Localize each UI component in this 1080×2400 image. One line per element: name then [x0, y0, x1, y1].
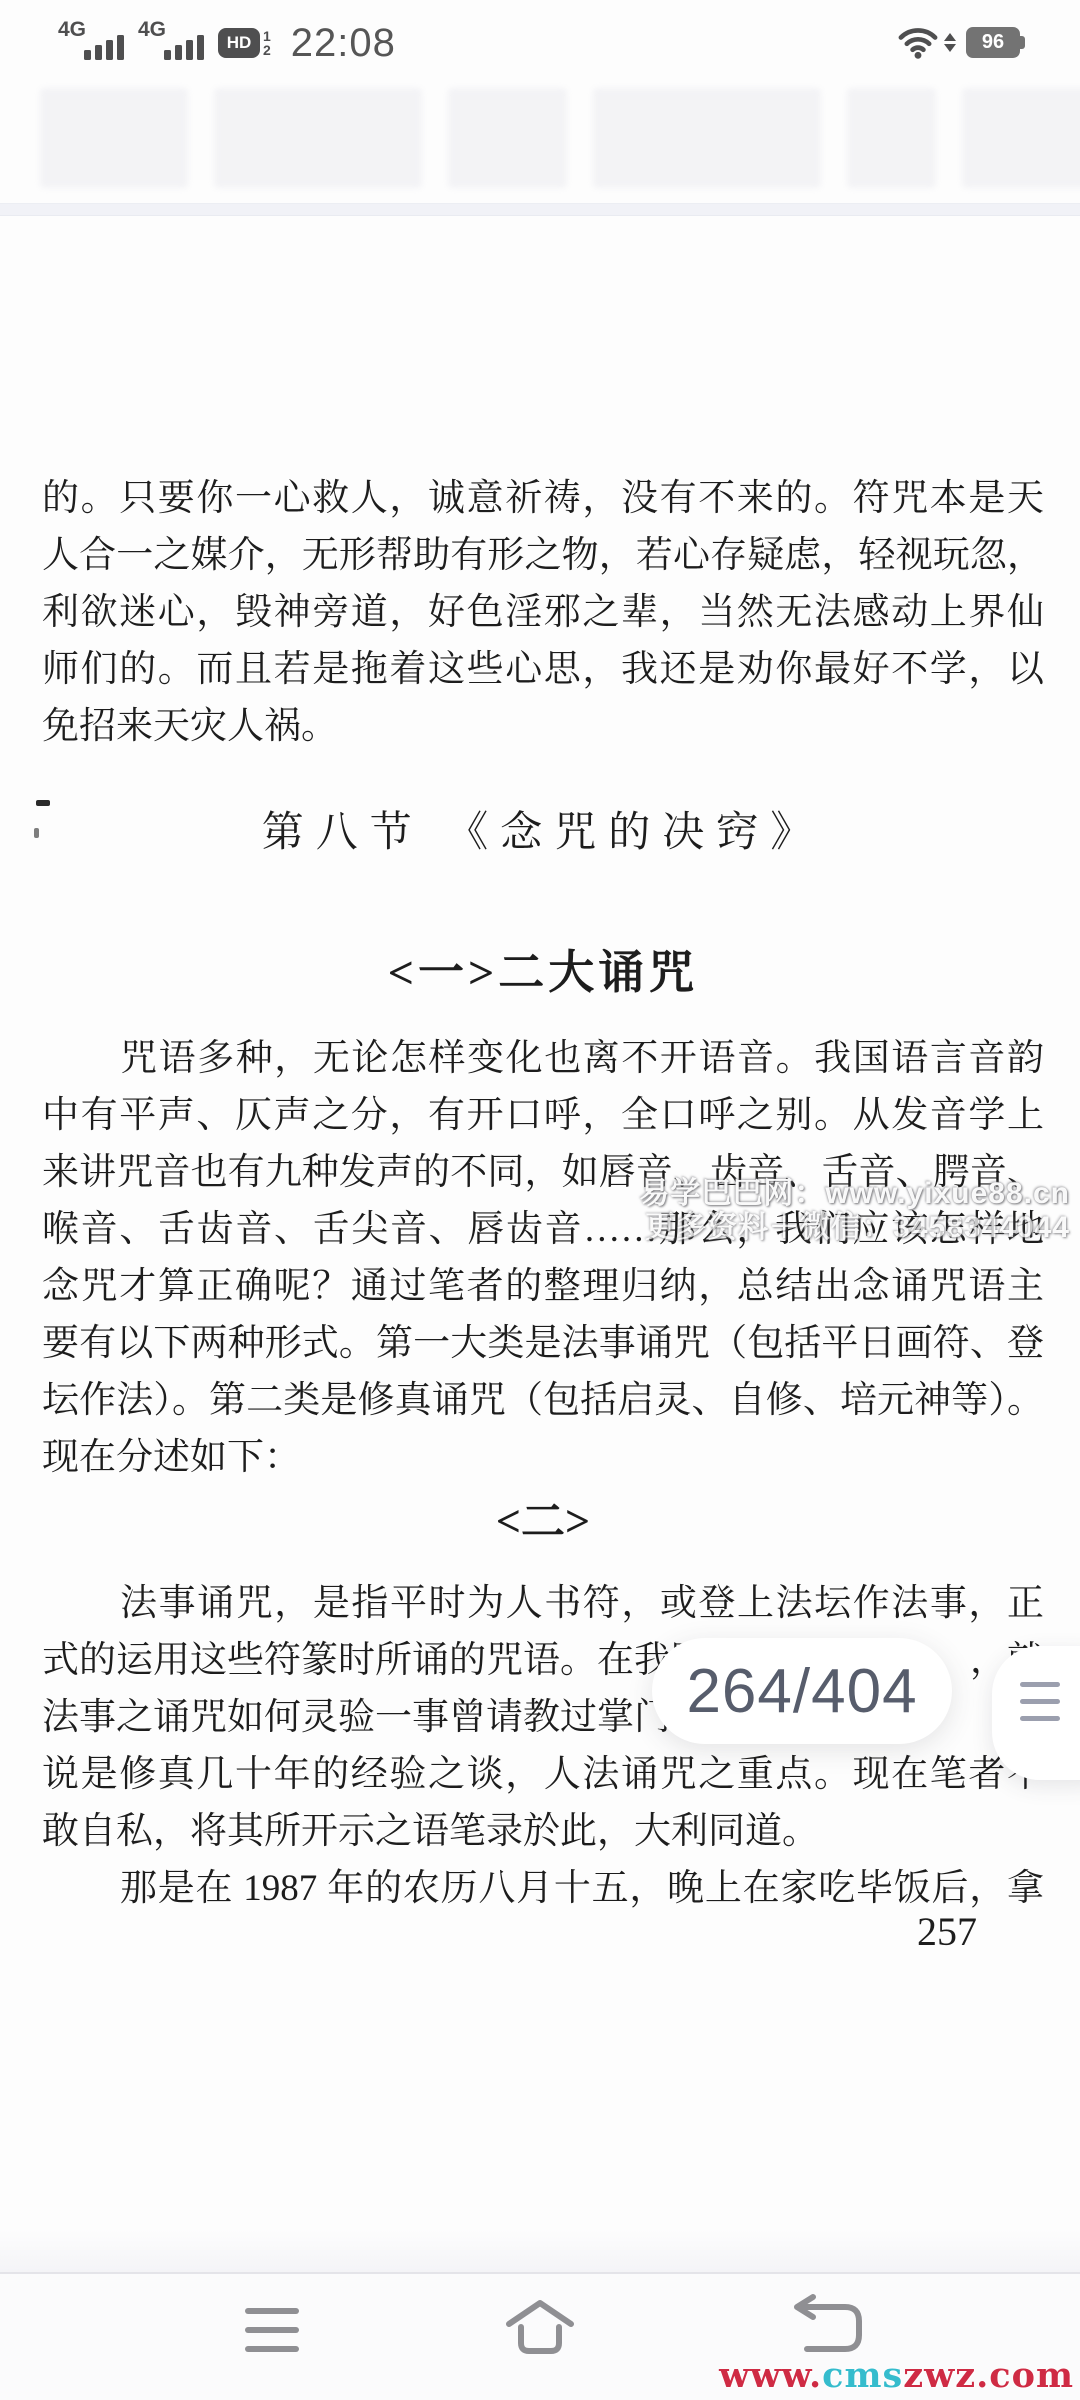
footer-watermark-part2: cms: [822, 2355, 903, 2396]
menu-icon: [245, 2308, 299, 2352]
sim1-indicator: 1: [263, 29, 271, 43]
text-segment: 式的运用这些符篆时所诵的咒语。在我刚: [42, 1632, 708, 1689]
menu-icon: [1020, 1682, 1060, 1721]
hd-badge: HD: [218, 28, 260, 58]
signal-bars-icon: [84, 35, 124, 60]
page-indicator-pill[interactable]: 264/404: [652, 1638, 952, 1744]
text-line: 利欲迷心，毁神旁道，好色淫邪之辈，当然无法感动上界仙: [42, 584, 1044, 641]
text-line: 咒语多种，无论怎样变化也离不开语音。我国语言音韵: [42, 1030, 1044, 1087]
subsection-heading-2: <二>: [42, 1493, 1044, 1551]
home-icon: [495, 2291, 585, 2357]
home-button[interactable]: [460, 2274, 620, 2374]
recents-button[interactable]: [192, 2274, 352, 2374]
text-segment: 法事之诵咒如何灵验一事曾请教过掌门: [42, 1689, 671, 1746]
wifi-icon: [896, 24, 940, 60]
text-line: 人合一之媒介，无形帮助有形之物，若心存疑虑，轻视玩忽，: [42, 527, 1044, 584]
page-indicator-value: 264/404: [686, 1656, 917, 1727]
page-top-shadow: [0, 203, 1080, 216]
text-line: 要有以下两种形式。第一大类是法事诵咒（包括平日画符、登: [42, 1315, 1044, 1372]
hd-volte-icon: HD 1 2: [218, 28, 271, 58]
data-traffic-arrows-icon: [944, 33, 956, 52]
page-turn-ghost: [0, 88, 1080, 188]
paragraph: 法事诵咒，是指平时为人书符，或登上法坛作法事，正 式的运用这些符篆时所诵的咒语。…: [42, 1575, 1044, 1917]
text-line: 的。只要你一心救人，诚意祈祷，没有不来的。符咒本是天: [42, 470, 1044, 527]
book-page-number: 257: [897, 1908, 997, 1955]
text-line: 中有平声、仄声之分，有开口呼，全口呼之别。从发音学上: [42, 1087, 1044, 1144]
phone-screen: 4G 4G HD 1 2 22:08: [0, 0, 1080, 2400]
paragraph: 的。只要你一心救人，诚意祈祷，没有不来的。符咒本是天 人合一之媒介，无形帮助有形…: [42, 470, 1044, 755]
signal-strength-icon-sim2: 4G: [138, 20, 204, 60]
network-type-label: 4G: [138, 18, 166, 42]
scan-artifact: [36, 800, 50, 806]
section-heading: 第八节 《念咒的决窍》: [42, 804, 1044, 862]
text-line: 免招来天灾人祸。: [42, 698, 1044, 755]
status-time: 22:08: [291, 21, 396, 66]
sim2-indicator: 2: [263, 43, 271, 57]
network-type-label: 4G: [58, 18, 86, 42]
battery-indicator: 96: [966, 27, 1020, 58]
status-bar: 4G 4G HD 1 2 22:08: [0, 0, 1080, 70]
text-line: 说是修真几十年的经验之谈，人法诵咒之重点。现在笔者不: [42, 1746, 1044, 1803]
text-line: 师们的。而且若是拖着这些心思，我还是劝你最好不学，以: [42, 641, 1044, 698]
back-icon: [789, 2293, 867, 2355]
signal-strength-icon-sim1: 4G: [58, 20, 124, 60]
scan-artifact: [34, 828, 39, 838]
site-watermark-line2: 更多资料＋微信：3458344044: [645, 1202, 1070, 1246]
battery-percent: 96: [982, 31, 1004, 54]
text-line: 敢自私，将其所开示之语笔录於此，大利同道。: [42, 1803, 1044, 1860]
signal-bars-icon: [164, 35, 204, 60]
footer-watermark: www.cmszwz.com: [719, 2355, 1074, 2396]
side-menu-handle[interactable]: [992, 1646, 1080, 1780]
footer-watermark-part1: www.: [719, 2355, 822, 2396]
paragraph: 咒语多种，无论怎样变化也离不开语音。我国语言音韵 中有平声、仄声之分，有开口呼，…: [42, 1030, 1044, 1486]
text-line: 那是在 1987 年的农历八月十五，晚上在家吃毕饭后，拿: [42, 1860, 1044, 1917]
text-line: 现在分述如下：: [42, 1429, 1044, 1486]
text-line: 坛作法）。第二类是修真诵咒（包括启灵、自修、培元神等）。: [42, 1372, 1044, 1429]
text-line: 法事诵咒，是指平时为人书符，或登上法坛作法事，正: [42, 1575, 1044, 1632]
subsection-heading-1: <一>二大诵咒: [42, 944, 1044, 1002]
text-line: 念咒才算正确呢？通过笔者的整理归纳，总结出念诵咒语主: [42, 1258, 1044, 1315]
reader-bottom-fade: [0, 2230, 1080, 2272]
footer-watermark-part3: zwz.com: [903, 2355, 1074, 2396]
